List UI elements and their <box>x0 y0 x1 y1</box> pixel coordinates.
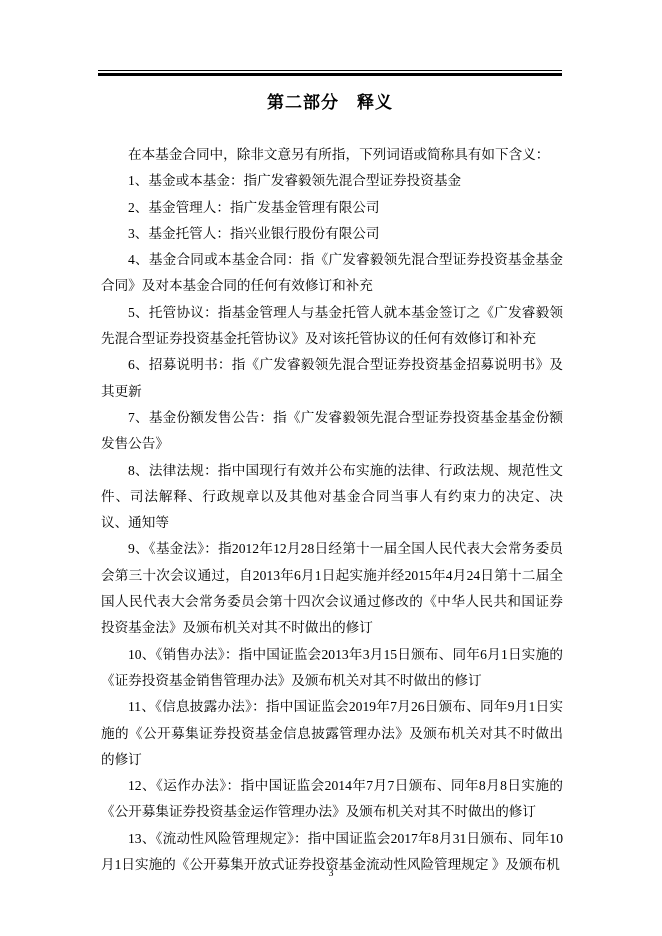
definition-8: 8、法律法规：指中国现行有效并公布实施的法律、行政法规、规范性文件、司法解释、行… <box>101 458 563 537</box>
document-body: 在本基金合同中，除非文意另有所指，下列词语或简称具有如下含义： 1、基金或本基金… <box>101 142 563 878</box>
definition-9: 9、《基金法》：指2012年12月28日经第十一届全国人民代表大会常务委员会第三… <box>101 536 563 641</box>
section-title: 第二部分 释义 <box>98 88 562 113</box>
definition-5: 5、托管协议：指基金管理人与基金托管人就本基金签订之《广发睿毅领先混合型证券投资… <box>101 300 563 353</box>
definition-10: 10、《销售办法》：指中国证监会2013年3月15日颁布、同年6月1日实施的《证… <box>101 642 563 695</box>
definition-3: 3、基金托管人：指兴业银行股份有限公司 <box>101 221 563 247</box>
definition-2: 2、基金管理人：指广发基金管理有限公司 <box>101 195 563 221</box>
definition-11: 11、《信息披露办法》：指中国证监会2019年7月26日颁布、同年9月1日实施的… <box>101 694 563 773</box>
definition-12: 12、《运作办法》：指中国证监会2014年7月7日颁布、同年8月8日实施的《公开… <box>101 773 563 826</box>
definition-6: 6、招募说明书：指《广发睿毅领先混合型证券投资基金招募说明书》及其更新 <box>101 352 563 405</box>
definition-7: 7、基金份额发售公告：指《广发睿毅领先混合型证券投资基金基金份额发售公告》 <box>101 405 563 458</box>
definition-4: 4、基金合同或本基金合同：指《广发睿毅领先混合型证券投资基金基金合同》及对本基金… <box>101 247 563 300</box>
header-rule-thin <box>98 70 562 71</box>
intro-paragraph: 在本基金合同中，除非文意另有所指，下列词语或简称具有如下含义： <box>101 142 563 168</box>
definition-1: 1、基金或本基金：指广发睿毅领先混合型证券投资基金 <box>101 168 563 194</box>
page-number: 3 <box>0 868 662 879</box>
header-rule-thick <box>98 73 562 76</box>
